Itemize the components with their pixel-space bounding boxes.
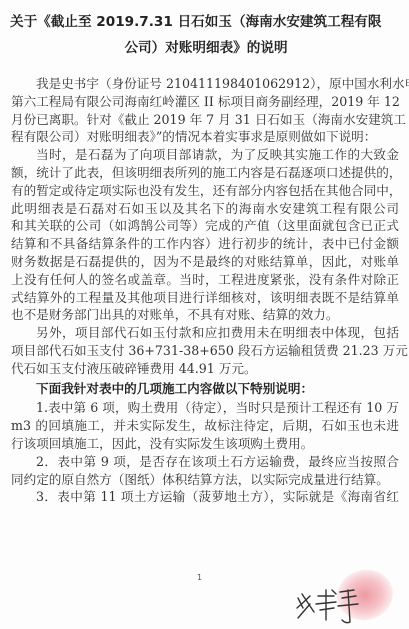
- body-line: 有的暂定或待定项实际也没有发生，还有部分内容包括在其他合同中，: [11, 182, 399, 200]
- body-line: 额，统计了此表，但该明细表所列的施工内容是石磊逐项口述提供的，: [11, 164, 399, 182]
- body-line: 项目部代石如玉支付 36+731-38+650 段石方运输租赁费 21.23 万…: [11, 342, 399, 360]
- body-line: 当时，是石磊为了向项目部请款，为了反映其实施工作的大致金: [36, 146, 399, 164]
- body-line: 另外，项目部代石如玉付款和应扣费用未在明细表中体现，包括: [36, 324, 399, 342]
- body-line: 也不是财务部门出具的对账单，不具有对账、结算的效力。: [11, 306, 399, 324]
- body-line: 行该项回填施工，因此，没有实际发生该项购土费用。: [11, 435, 399, 453]
- body-line: 和其关联的公司（如鸿鹄公司等）完成的产值（这里面就包含已正式: [11, 217, 399, 235]
- document-page: 关于《截止至 2019.7.31 日石如玉（海南水安建筑工程有限 公司）对账明细…: [0, 0, 409, 629]
- body-line: 式结算外的工程量及其他项目进行详细核对，该明细表既不是结算单: [11, 289, 399, 307]
- body-line: 我是史书宇（身份证号 210411198401062912），原中国水利水电: [36, 75, 399, 93]
- body-line: 同约定的原自然方（图纸）体积结算方法，以实际完成量进行结算。: [11, 471, 399, 489]
- body-line: 代石如玉支付液压破碎锤费用 44.91 万元。: [11, 360, 399, 378]
- body-line: 1.表中第 6 项，购土费用（待定），当时只是预计工程还有 10 万: [36, 399, 399, 417]
- page-number: 1: [197, 573, 202, 582]
- body-line: 结算和不具备结算条件的工作内容）进行初步的统计，表中已付金额: [11, 235, 399, 253]
- body-line: 2．表中第 9 项，是否存在该项土石方运输费，最终应当按照合: [36, 453, 399, 471]
- document-title-line-2: 公司）对账明细表》的说明: [10, 39, 402, 57]
- body-line: 月份已离职。针对《截止 2019 年 7 月 31 日石如玉（海南水安建筑工: [11, 111, 399, 129]
- body-line: 上没有任何人的签名或盖章。当时，工程进度紧张，没有条件对除正: [11, 271, 399, 289]
- body-line: m3 的回填施工，并未实际发生，故标注待定，后期，石如玉也未进: [11, 417, 399, 435]
- handwritten-signature: [294, 584, 364, 626]
- body-line: 3．表中第 11 项土方运输（菠萝地土方），实际就是《海南省红: [36, 488, 399, 506]
- body-line: 程有限公司）对账明细表》”的情况本着实事求是原则做如下说明：: [11, 128, 399, 146]
- body-line: 财务数据是石磊提供的，因为不是最终的对账结算单，因此，对账单: [11, 253, 399, 271]
- body-line: 第六工程局有限公司海南红岭灌区 II 标项目商务副经理，2019 年 12: [11, 93, 399, 111]
- body-line: 下面我针对表中的几项施工内容做以下特别说明：: [36, 380, 399, 398]
- body-line: 此明细表是石磊对石如玉以及其名下的海南水安建筑工程有限公司: [11, 200, 399, 218]
- document-title-line-1: 关于《截止至 2019.7.31 日石如玉（海南水安建筑工程有限: [10, 13, 402, 31]
